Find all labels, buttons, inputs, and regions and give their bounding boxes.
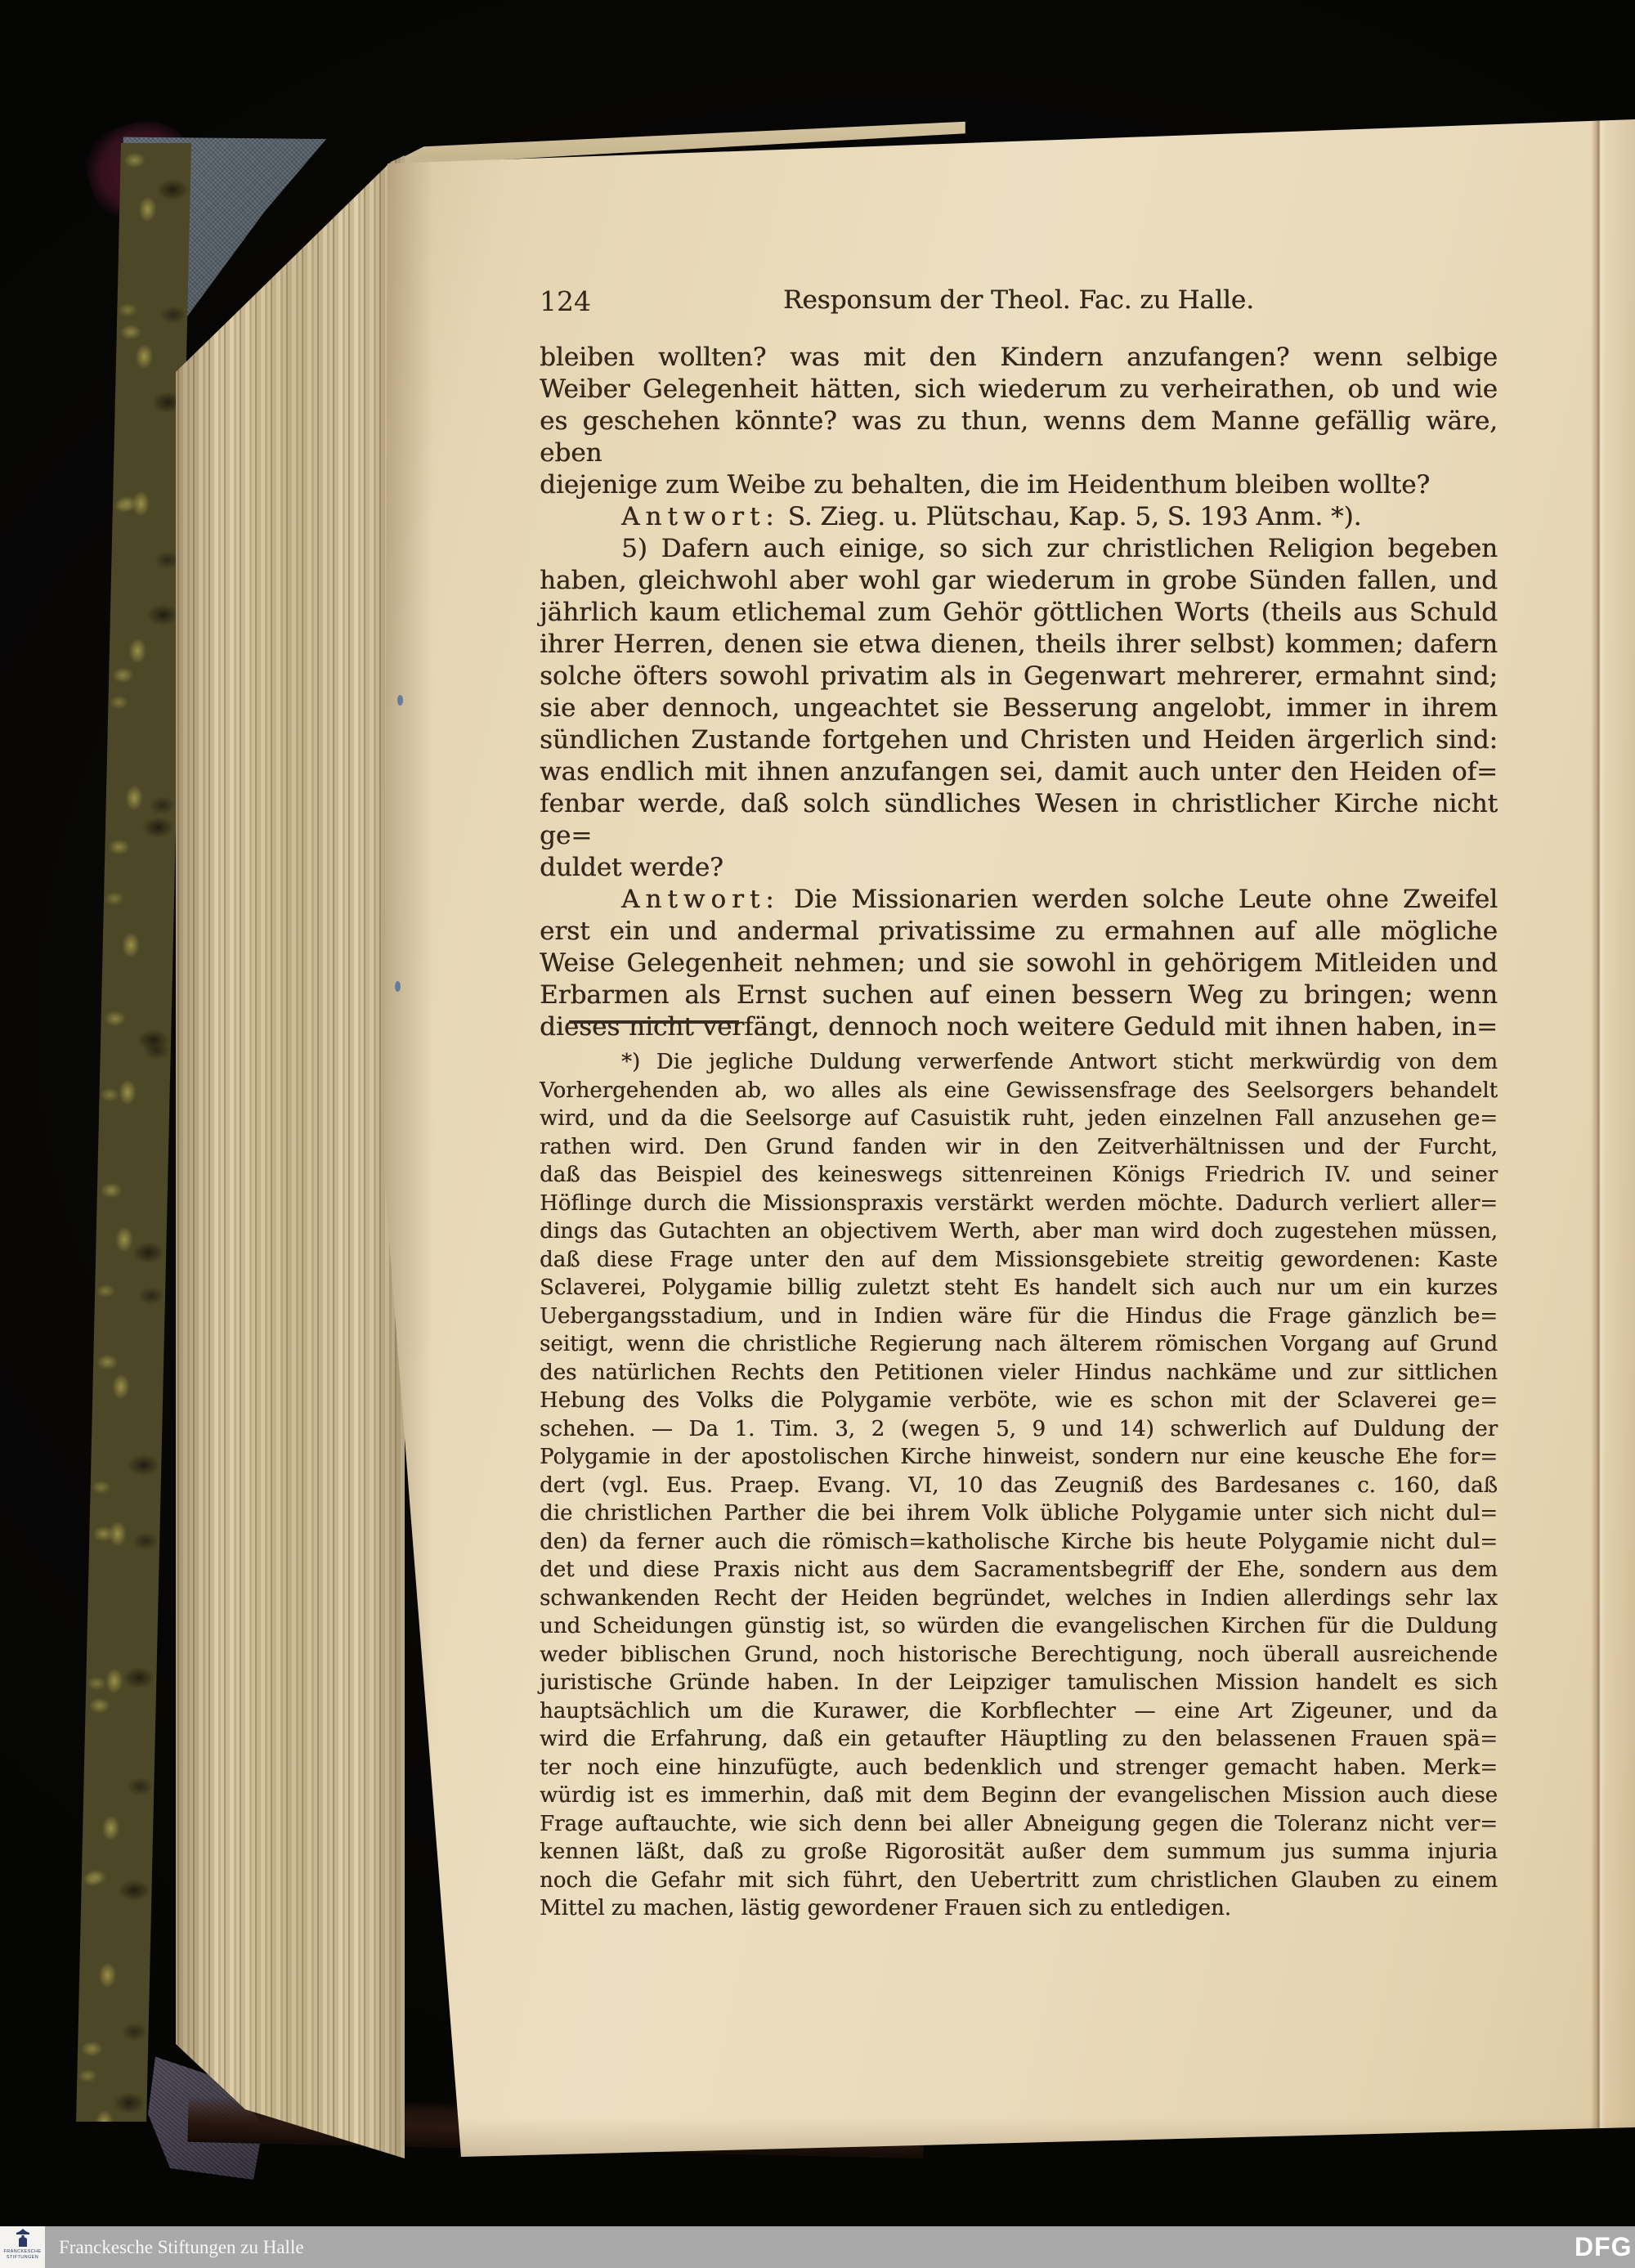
text-line: schwankenden Recht der Heiden begründet,… (540, 1584, 1498, 1613)
book-page: 124 Responsum der Theol. Fac. zu Halle. … (376, 114, 1635, 2167)
text-line: Polygamie in der apostolischen Kirche hi… (540, 1443, 1498, 1472)
text-line: Erbarmen als Ernst suchen auf einen bess… (540, 979, 1498, 1011)
orphanage-emblem-icon (15, 2229, 31, 2248)
text-line: 5) Dafern auch einige, so sich zur chris… (540, 533, 1498, 565)
text-line: sündlichen Zustande fortgehen und Christ… (540, 724, 1498, 756)
text-line: dieses nicht verfängt, dennoch noch weit… (540, 1011, 1498, 1043)
text-line: sie aber dennoch, ungeachtet sie Besseru… (540, 693, 1498, 724)
text-line: wird, und da die Seelsorge auf Casuistik… (540, 1105, 1498, 1133)
text-line: weder biblischen Grund, noch historische… (540, 1641, 1498, 1670)
text-line: hauptsächlich um die Kurawer, die Korbfl… (540, 1697, 1498, 1726)
text-line: Antwort: Die Missionarien werden solche … (540, 884, 1498, 916)
dfg-logo: DFG (1575, 2226, 1633, 2268)
text-line: die christlichen Parther die bei ihrem V… (540, 1499, 1498, 1528)
text-line: daß das Beispiel des keineswegs sittenre… (540, 1161, 1498, 1190)
page-right-shadow (1604, 114, 1635, 2167)
text-line: Mittel zu machen, lästig gewordener Frau… (540, 1894, 1498, 1923)
spaced-word: Antwort: (621, 502, 780, 531)
text-line: diejenige zum Weibe zu behalten, die im … (540, 469, 1498, 501)
blue-fiber-speck (395, 981, 401, 992)
text-line: kennen läßt, daß zu große Rigorosität au… (540, 1838, 1498, 1867)
blue-fiber-speck (397, 695, 403, 706)
text-line: fenbar werde, daß solch sündliches Wesen… (540, 788, 1498, 852)
running-title: Responsum der Theol. Fac. zu Halle. (540, 283, 1498, 317)
text-line: dert (vgl. Eus. Praep. Evang. VI, 10 das… (540, 1472, 1498, 1500)
footnote-text: *) Die jegliche Duldung verwerfende Antw… (540, 1048, 1498, 1923)
spaced-word: Antwort: (621, 885, 780, 914)
text-line: noch die Gefahr mit sich führt, den Uebe… (540, 1867, 1498, 1895)
text-line: Frage auftauchte, wie sich denn bei alle… (540, 1810, 1498, 1839)
text-line: Antwort: S. Zieg. u. Plütschau, Kap. 5, … (540, 501, 1498, 533)
text-line: *) Die jegliche Duldung verwerfende Antw… (540, 1048, 1498, 1077)
text-line: Höflinge durch die Missionspraxis verstä… (540, 1190, 1498, 1218)
text-line: Weiber Gelegenheit hätten, sich wiederum… (540, 374, 1498, 406)
text-line: ihrer Herren, denen sie etwa dienen, the… (540, 629, 1498, 661)
marbled-cover-board (76, 143, 191, 2122)
text-line: Hebung des Volks die Polygamie verböte, … (540, 1387, 1498, 1415)
text-line: es geschehen könnte? was zu thun, wenns … (540, 406, 1498, 469)
text-line: haben, gleichwohl aber wohl gar wiederum… (540, 565, 1498, 597)
text-line: seitigt, wenn die christliche Regierung … (540, 1330, 1498, 1359)
footnote-rule (569, 1020, 739, 1024)
text-line: Weise Gelegenheit nehmen; und sie sowohl… (540, 948, 1498, 979)
logo-caption-line1: FRANCKESCHE (4, 2249, 42, 2254)
institution-caption: Franckesche Stiftungen zu Halle (59, 2226, 304, 2268)
text-line: schehen. — Da 1. Tim. 3, 2 (wegen 5, 9 u… (540, 1415, 1498, 1444)
text-line: juristische Gründe haben. In der Leipzig… (540, 1669, 1498, 1697)
text-line: und Scheidungen günstig ist, so würden d… (540, 1612, 1498, 1641)
page-fore-edge-stack (168, 131, 405, 2175)
text-line: daß diese Frage unter den auf dem Missio… (540, 1246, 1498, 1275)
text-line: erst ein und andermal privatissime zu er… (540, 916, 1498, 948)
text-line: wird die Erfahrung, daß ein getaufter Hä… (540, 1725, 1498, 1754)
text-line: solche öfters sowohl privatim als in Geg… (540, 661, 1498, 693)
text-line: dings das Gutachten an objectivem Werth,… (540, 1217, 1498, 1246)
text-line: bleiben wollten? was mit den Kindern anz… (540, 342, 1498, 374)
text-line: den) da ferner auch die römisch=katholis… (540, 1528, 1498, 1557)
scanned-book-page-view: 124 Responsum der Theol. Fac. zu Halle. … (0, 0, 1635, 2268)
text-line: det und diese Praxis nicht aus dem Sacra… (540, 1556, 1498, 1584)
text-line: duldet werde? (540, 852, 1498, 884)
text-line: jährlich kaum etlichemal zum Gehör göttl… (540, 597, 1498, 629)
logo-caption-line2: STIFTUNGEN (7, 2255, 38, 2260)
franckesche-stiftungen-logo: FRANCKESCHE STIFTUNGEN (0, 2226, 45, 2268)
text-line: des natürlichen Rechts den Petitionen vi… (540, 1359, 1498, 1387)
text-line: rathen wird. Den Grund fanden wir in den… (540, 1133, 1498, 1162)
text-line: Vorhergehenden ab, wo alles als eine Gew… (540, 1077, 1498, 1105)
page-bottom-shadow (376, 2118, 1635, 2167)
text-line: Sclaverei, Polygamie billig zuletzt steh… (540, 1274, 1498, 1302)
text-line: Uebergangsstadium, und in Indien wäre fü… (540, 1302, 1498, 1331)
footer-bar: FRANCKESCHE STIFTUNGEN Franckesche Stift… (0, 2226, 1635, 2268)
text-line: was endlich mit ihnen anzufangen sei, da… (540, 756, 1498, 788)
text-line: würdig ist es immerhin, daß mit dem Begi… (540, 1782, 1498, 1810)
body-text: bleiben wollten? was mit den Kindern anz… (540, 342, 1498, 1043)
text-line: ter noch eine hinzufügte, auch bedenklic… (540, 1754, 1498, 1782)
